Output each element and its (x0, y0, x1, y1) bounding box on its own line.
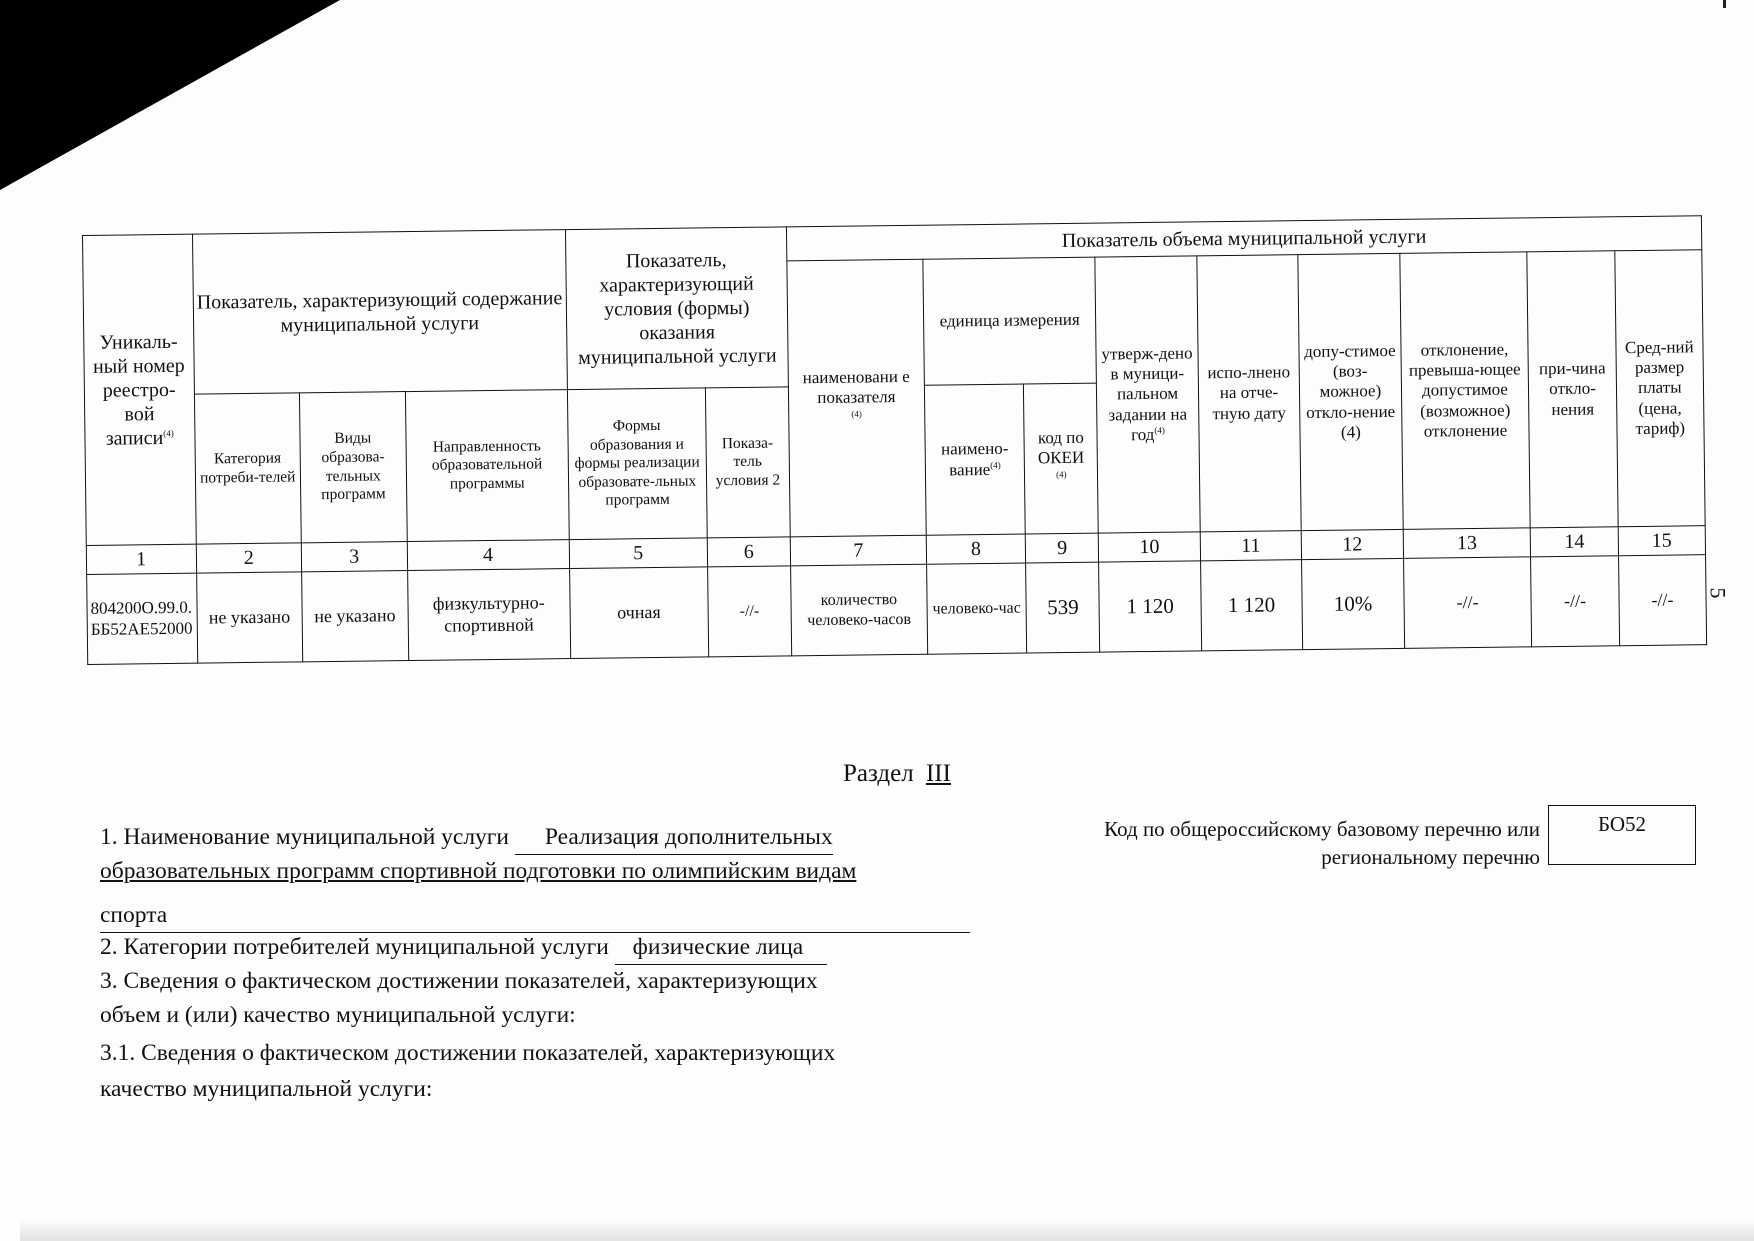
header-unique-number: Уникаль-ный номер реестро-вой записи(4) (83, 234, 196, 545)
header-unit-group: единица измерения (923, 257, 1097, 385)
header-approved: утверж-дено в муници-пальном задании на … (1095, 256, 1200, 533)
service-name-line3: спорта (100, 900, 970, 933)
col-num: 6 (707, 537, 791, 567)
table-row: 804200О.99.0.ББ52АЕ52000 не указано не у… (87, 555, 1707, 665)
cell-approved: 1 120 (1099, 561, 1202, 652)
scan-tick-mark (1723, 0, 1726, 8)
col-num: 14 (1531, 527, 1619, 557)
header-executed: испо-лнено на отче-тную дату (1197, 255, 1302, 532)
volume-indicators-table: Уникаль-ный номер реестро-вой записи(4) … (82, 215, 1707, 665)
consumer-category-value: физические лица (615, 932, 828, 965)
header-okei-code: код по ОКЕИ(4) (1024, 383, 1099, 534)
service-name-value-b: образовательных программ спортивной подг… (100, 858, 856, 884)
col-num: 15 (1618, 526, 1706, 556)
base-list-code-box: БО52 (1548, 805, 1696, 865)
col-num: 8 (926, 534, 1026, 564)
code-label-line2: региональному перечню (1010, 843, 1540, 871)
header-forms: Формы образования и формы реализации обр… (567, 388, 707, 540)
item-3-line1: 3. Сведения о фактическом достижении пок… (100, 966, 818, 998)
section-title: Раздел III (843, 760, 957, 788)
item-31-line1: 3.1. Сведения о фактическом достижении п… (100, 1038, 835, 1070)
cell-deviation-reason: -//- (1531, 556, 1619, 647)
cell-program-types: не указано (302, 571, 409, 662)
header-condition-indicator: Показа-тель условия 2 (705, 387, 790, 538)
header-unit-name: наимено-вание(4) (924, 384, 1025, 535)
col-num: 2 (196, 543, 302, 573)
header-deviation-reason: при-чина откло-нения (1527, 251, 1618, 528)
service-name-line2: образовательных программ спортивной подг… (100, 856, 856, 888)
col-num: 12 (1301, 529, 1403, 559)
col-num: 4 (407, 540, 570, 571)
cell-unique-number: 804200О.99.0.ББ52АЕ52000 (87, 573, 198, 664)
header-consumer-category: Категория потреби-телей (194, 393, 301, 544)
service-name-line1: 1. Наименование муниципальной услуги Реа… (100, 822, 833, 855)
code-label-line1: Код по общероссийскому базовому перечню … (1010, 815, 1540, 843)
service-name-value-a: Реализация дополнительных (515, 822, 833, 855)
col-num: 9 (1025, 533, 1098, 563)
cell-consumer-category: не указано (196, 572, 303, 663)
col-num: 13 (1403, 528, 1531, 559)
cell-exceeding-deviation: -//- (1403, 557, 1532, 649)
col-num: 10 (1099, 532, 1201, 562)
cell-indicator-name: количество человеко-часов (791, 564, 928, 656)
cell-okei-code: 539 (1026, 562, 1100, 653)
page-number: 5 (1705, 588, 1731, 599)
section-label: Раздел (843, 760, 914, 787)
service-name-label: 1. Наименование муниципальной услуги (100, 824, 509, 850)
col-num: 3 (301, 542, 407, 572)
header-avg-fee: Сред-ний размер платы (цена, тариф) (1614, 250, 1705, 527)
consumer-category-label: 2. Категории потребителей муниципальной … (100, 934, 609, 960)
col-num: 7 (790, 535, 926, 566)
header-exceeding-deviation: отклонение, превыша-ющее допустимое (воз… (1399, 252, 1530, 530)
col-num: 11 (1200, 531, 1302, 561)
col-num: 1 (86, 544, 196, 574)
scan-bottom-edge (20, 1219, 1754, 1241)
cell-condition-indicator: -//- (707, 566, 791, 657)
cell-unit-name: человеко-час (926, 563, 1026, 654)
header-content-group: Показатель, характеризующий содержание м… (192, 230, 567, 395)
item-31-line2: качество муниципальной услуги: (100, 1074, 432, 1106)
service-name-value-c: спорта (100, 900, 970, 933)
cell-avg-fee: -//- (1618, 555, 1706, 646)
header-conditions-group: Показатель, характеризующий условия (фор… (565, 227, 788, 390)
header-program-types: Виды образова-тельных программ (299, 392, 406, 543)
base-list-code-label: Код по общероссийскому базовому перечню … (1010, 815, 1540, 872)
cell-allowed-deviation: 10% (1302, 558, 1405, 649)
header-indicator-name: наименовани е показателя(4) (787, 259, 926, 537)
item-3-line2: объем и (или) качество муниципальной усл… (100, 1000, 576, 1032)
cell-executed: 1 120 (1200, 560, 1303, 651)
section-number: III (920, 760, 957, 787)
header-allowed-deviation: допу-стимое (воз-можное) откло-нение (4) (1298, 253, 1403, 530)
header-program-direction: Направленность образовательной программы (405, 390, 569, 542)
cell-forms: очная (569, 567, 708, 659)
col-num: 5 (569, 538, 707, 569)
consumer-category-line: 2. Категории потребителей муниципальной … (100, 932, 827, 965)
cell-program-direction: физкультурно-спортивной (407, 569, 570, 661)
scan-shadow-corner (0, 0, 340, 190)
